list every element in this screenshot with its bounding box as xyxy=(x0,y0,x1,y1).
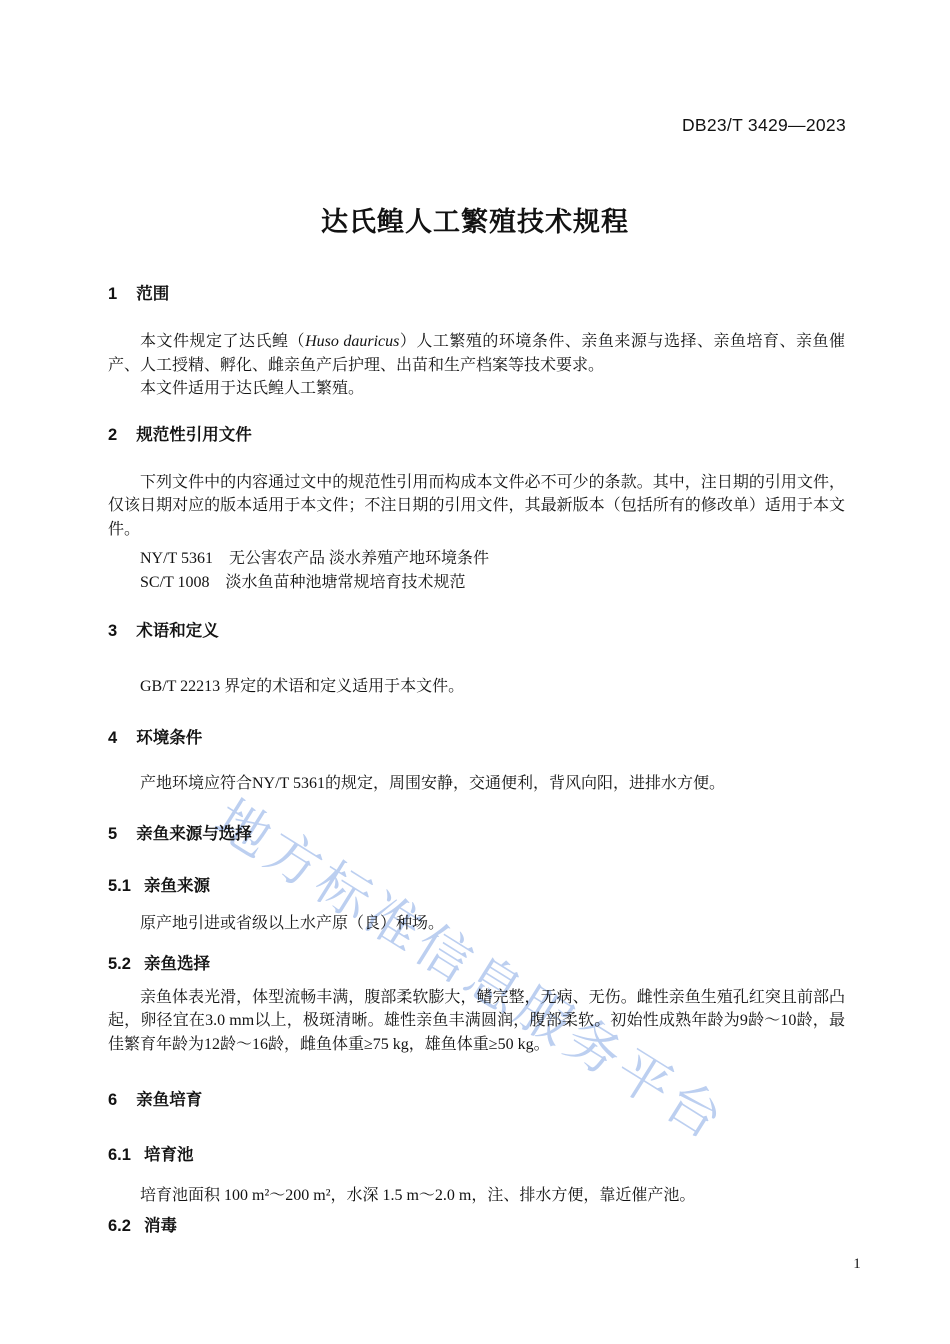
section-title: 亲鱼来源与选择 xyxy=(136,823,252,846)
section-title: 环境条件 xyxy=(136,727,202,750)
section-title: 规范性引用文件 xyxy=(136,424,252,447)
section-heading-broodstock-rearing: 6 亲鱼培育 xyxy=(108,1089,845,1112)
section-number: 3 xyxy=(108,620,117,643)
page-number: 1 xyxy=(849,1256,865,1273)
section-heading-broodstock-source-selection: 5 亲鱼来源与选择 xyxy=(108,823,845,846)
subsection-title: 消毒 xyxy=(144,1215,177,1238)
subsection-number: 5.2 xyxy=(108,953,131,976)
document-page: 地方标准信息服务平台 DB23/T 3429—2023 达氏鳇人工繁殖技术规程 … xyxy=(0,0,950,1344)
subsection-number: 6.1 xyxy=(108,1144,131,1167)
subsection-heading-broodstock-selection: 5.2 亲鱼选择 xyxy=(108,953,845,976)
subsection-title: 亲鱼选择 xyxy=(144,953,210,976)
section-heading-normative-references: 2 规范性引用文件 xyxy=(108,424,845,447)
standard-doc-number: DB23/T 3429—2023 xyxy=(682,115,846,136)
subsection-title: 亲鱼来源 xyxy=(144,875,210,898)
subsection-heading-broodstock-source: 5.1 亲鱼来源 xyxy=(108,875,845,898)
document-body: 1 范围 本文件规定了达氏鳇（Huso dauricus）人工繁殖的环境条件、亲… xyxy=(108,283,845,1238)
section-number: 5 xyxy=(108,823,117,846)
broodstock-selection-paragraph: 亲鱼体表光滑，体型流畅丰满，腹部柔软膨大，鳍完整，无病、无伤。雌性亲鱼生殖孔红突… xyxy=(108,986,845,1057)
broodstock-source-paragraph: 原产地引进或省级以上水产原（良）种场。 xyxy=(108,912,845,936)
normative-references-intro: 下列文件中的内容通过文中的规范性引用而构成本文件必不可少的条款。其中，注日期的引… xyxy=(108,471,845,542)
subsection-heading-disinfection: 6.2 消毒 xyxy=(108,1215,845,1238)
section-heading-terms: 3 术语和定义 xyxy=(108,620,845,643)
section-heading-environment: 4 环境条件 xyxy=(108,727,845,750)
document-title: 达氏鳇人工繁殖技术规程 xyxy=(0,200,950,239)
species-latin-name: Huso dauricus xyxy=(305,333,399,350)
section-title: 亲鱼培育 xyxy=(136,1089,202,1112)
subsection-number: 6.2 xyxy=(108,1215,131,1238)
subsection-title: 培育池 xyxy=(144,1144,194,1167)
section-number: 4 xyxy=(108,727,117,750)
section-number: 1 xyxy=(108,283,117,306)
section-title: 范围 xyxy=(136,283,169,306)
subsection-heading-rearing-pond: 6.1 培育池 xyxy=(108,1144,845,1167)
reference-item: SC/T 1008 淡水鱼苗种池塘常规培育技术规范 xyxy=(108,571,845,595)
terms-paragraph: GB/T 22213 界定的术语和定义适用于本文件。 xyxy=(108,675,845,699)
section-heading-scope: 1 范围 xyxy=(108,283,845,306)
environment-paragraph: 产地环境应符合NY/T 5361的规定，周围安静，交通便利，背风向阳，进排水方便… xyxy=(108,772,845,796)
scope-applicability-paragraph: 本文件适用于达氏鳇人工繁殖。 xyxy=(108,377,845,401)
rearing-pond-paragraph: 培育池面积 100 m²～200 m²，水深 1.5 m～2.0 m，注、排水方… xyxy=(108,1184,845,1208)
reference-item: NY/T 5361 无公害农产品 淡水养殖产地环境条件 xyxy=(108,547,845,571)
section-title: 术语和定义 xyxy=(136,620,219,643)
subsection-number: 5.1 xyxy=(108,875,131,898)
scope-paragraph: 本文件规定了达氏鳇（Huso dauricus）人工繁殖的环境条件、亲鱼来源与选… xyxy=(108,330,845,377)
section-number: 6 xyxy=(108,1089,117,1112)
section-number: 2 xyxy=(108,424,117,447)
scope-text-pre: 本文件规定了达氏鳇（ xyxy=(140,333,305,350)
